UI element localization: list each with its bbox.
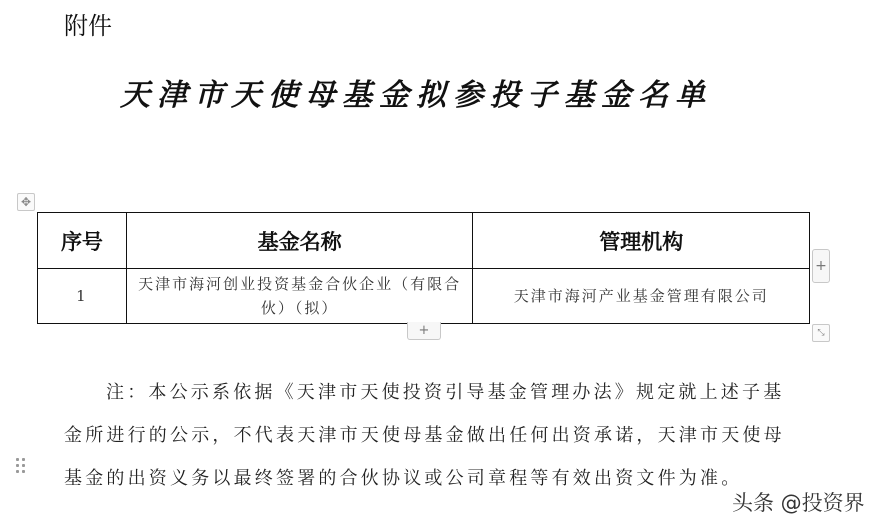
header-manager: 管理机构 (473, 213, 810, 269)
move-arrows-icon: ✥ (21, 196, 31, 208)
grip-dot (22, 464, 25, 467)
grip-dot (22, 458, 25, 461)
cell-fund-name: 天津市海河创业投资基金合伙企业（有限合伙）（拟） (126, 269, 473, 324)
paragraph-drag-handle[interactable] (16, 458, 26, 474)
table-header-row: 序号 基金名称 管理机构 (38, 213, 810, 269)
fund-list-table: 序号 基金名称 管理机构 1 天津市海河创业投资基金合伙企业（有限合伙）（拟） … (37, 212, 810, 324)
watermark: 头条 @投资界 (732, 487, 865, 517)
grip-dot (16, 470, 19, 473)
plus-icon: + (815, 258, 827, 274)
resize-diagonal-icon: ⤡ (817, 328, 824, 338)
plus-icon: + (419, 323, 430, 338)
cell-manager: 天津市海河产业基金管理有限公司 (473, 269, 810, 324)
header-fund-name: 基金名称 (126, 213, 473, 269)
grip-dot (16, 464, 19, 467)
header-index: 序号 (38, 213, 127, 269)
grip-dot (22, 470, 25, 473)
note-paragraph: 注：本公示系依据《天津市天使投资引导基金管理办法》规定就上述子基金所进行的公示，… (64, 371, 794, 500)
cell-index: 1 (38, 269, 127, 324)
table-resize-handle[interactable]: ⤡ (812, 324, 830, 342)
grip-dot (16, 458, 19, 461)
attachment-label: 附件 (64, 6, 112, 41)
add-row-button[interactable]: + (407, 322, 441, 340)
table-move-handle[interactable]: ✥ (17, 193, 35, 211)
document-title: 天津市天使母基金拟参投子基金名单 (120, 70, 730, 114)
table-row: 1 天津市海河创业投资基金合伙企业（有限合伙）（拟） 天津市海河产业基金管理有限… (38, 269, 810, 324)
add-column-button[interactable]: + (812, 249, 830, 283)
